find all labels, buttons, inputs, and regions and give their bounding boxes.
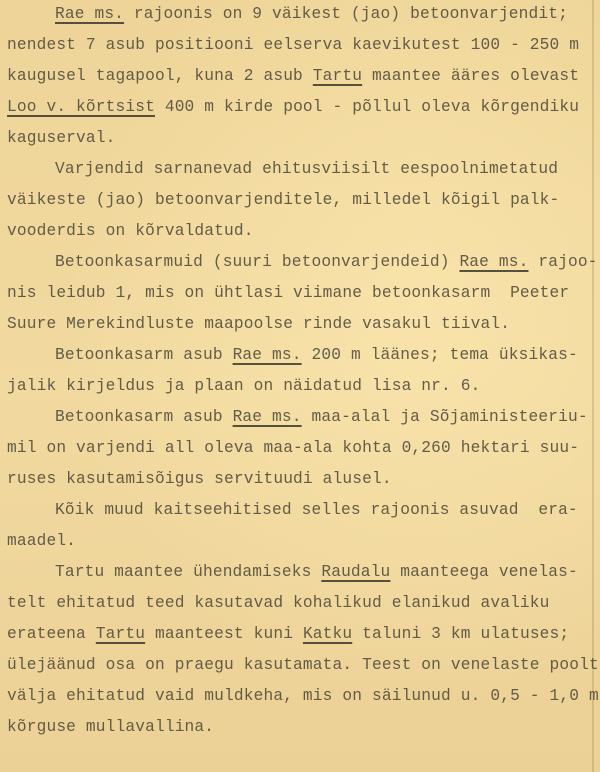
text-line: Betoonkasarm asub Rae ms. maa-alal ja Sõ… (55, 407, 588, 427)
text-line: vooderdis on kõrvaldatud. (7, 221, 254, 241)
text-line: Rae ms. rajoonis on 9 väikest (jao) beto… (55, 4, 568, 24)
text-line: ruses kasutamisõigus servituudi alusel. (7, 469, 392, 489)
text-segment: rajoonis on 9 väikest (jao) betoonvarjen… (124, 5, 568, 23)
text-line: nendest 7 asub positiooni eelserva kaevi… (7, 35, 579, 55)
text-segment: mil on varjendi all oleva maa-ala kohta … (7, 439, 579, 457)
text-segment: välja ehitatud vaid muldkeha, mis on säi… (7, 687, 599, 705)
underlined-place-name: Loo v. kõrtsist (7, 98, 155, 116)
text-segment: nis leidub 1, mis on ühtlasi viimane bet… (7, 284, 569, 302)
text-line: Tartu maantee ühendamiseks Raudalu maant… (55, 562, 578, 582)
text-segment: maanteega venelas- (390, 563, 577, 581)
text-segment: väikeste (jao) betoonvarjenditele, mille… (7, 191, 559, 209)
underlined-place-name: Rae ms. (459, 253, 528, 271)
text-segment: taluni 3 km ulatuses; (352, 625, 569, 643)
text-segment: ülejäänud osa on praegu kasutamata. Tees… (7, 656, 599, 674)
underlined-place-name: Tartu (96, 625, 145, 643)
text-segment: erateena (7, 625, 96, 643)
text-segment: 400 m kirde pool - põllul oleva kõrgendi… (155, 98, 579, 116)
text-segment: Varjendid sarnanevad ehitusviisilt eespo… (55, 160, 558, 178)
text-line: nis leidub 1, mis on ühtlasi viimane bet… (7, 283, 569, 303)
text-line: väikeste (jao) betoonvarjenditele, mille… (7, 190, 559, 210)
text-line: telt ehitatud teed kasutavad kohalikud e… (7, 593, 550, 613)
text-line: kaugusel tagapool, kuna 2 asub Tartu maa… (7, 66, 579, 86)
text-segment: rajoo- (529, 253, 598, 271)
text-line: Betoonkasarmuid (suuri betoonvarjendeid)… (55, 252, 598, 272)
text-segment: Betoonkasarm asub (55, 408, 233, 426)
text-line: Loo v. kõrtsist 400 m kirde pool - põllu… (7, 97, 579, 117)
underlined-place-name: Rae ms. (55, 5, 124, 23)
text-line: ülejäänud osa on praegu kasutamata. Tees… (7, 655, 599, 675)
text-line: jalik kirjeldus ja plaan on näidatud lis… (7, 376, 480, 396)
text-segment: Betoonkasarm asub (55, 346, 233, 364)
text-segment: kõrguse mullavallina. (7, 718, 214, 736)
underlined-place-name: Rae ms. (233, 346, 302, 364)
text-line: Varjendid sarnanevad ehitusviisilt eespo… (55, 159, 558, 179)
text-line: Suure Merekindluste maapoolse rinde vasa… (7, 314, 510, 334)
text-line: Betoonkasarm asub Rae ms. 200 m läänes; … (55, 345, 578, 365)
text-segment: maantee ääres olevast (362, 67, 579, 85)
text-line: mil on varjendi all oleva maa-ala kohta … (7, 438, 579, 458)
text-segment: maa-alal ja Sõjaministeeriu- (302, 408, 588, 426)
text-segment: 200 m läänes; tema üksikas- (302, 346, 578, 364)
text-segment: Tartu maantee ühendamiseks (55, 563, 321, 581)
text-line: välja ehitatud vaid muldkeha, mis on säi… (7, 686, 599, 706)
text-segment: nendest 7 asub positiooni eelserva kaevi… (7, 36, 579, 54)
text-line: Kõik muud kaitseehitised selles rajoonis… (55, 500, 578, 520)
text-segment: kaugusel tagapool, kuna 2 asub (7, 67, 313, 85)
text-segment: Suure Merekindluste maapoolse rinde vasa… (7, 315, 510, 333)
text-line: kaguserval. (7, 128, 116, 148)
text-segment: ruses kasutamisõigus servituudi alusel. (7, 470, 392, 488)
text-segment: maadel. (7, 532, 76, 550)
underlined-place-name: Tartu (313, 67, 362, 85)
text-segment: Betoonkasarmuid (suuri betoonvarjendeid) (55, 253, 459, 271)
text-segment: Kõik muud kaitseehitised selles rajoonis… (55, 501, 578, 519)
text-segment: vooderdis on kõrvaldatud. (7, 222, 254, 240)
underlined-place-name: Raudalu (321, 563, 390, 581)
text-segment: jalik kirjeldus ja plaan on näidatud lis… (7, 377, 480, 395)
underlined-place-name: Rae ms. (233, 408, 302, 426)
text-line: erateena Tartu maanteest kuni Katku talu… (7, 624, 569, 644)
text-segment: telt ehitatud teed kasutavad kohalikud e… (7, 594, 550, 612)
text-line: maadel. (7, 531, 76, 551)
text-line: kõrguse mullavallina. (7, 717, 214, 737)
text-segment: kaguserval. (7, 129, 116, 147)
underlined-place-name: Katku (303, 625, 352, 643)
text-segment: maanteest kuni (145, 625, 303, 643)
